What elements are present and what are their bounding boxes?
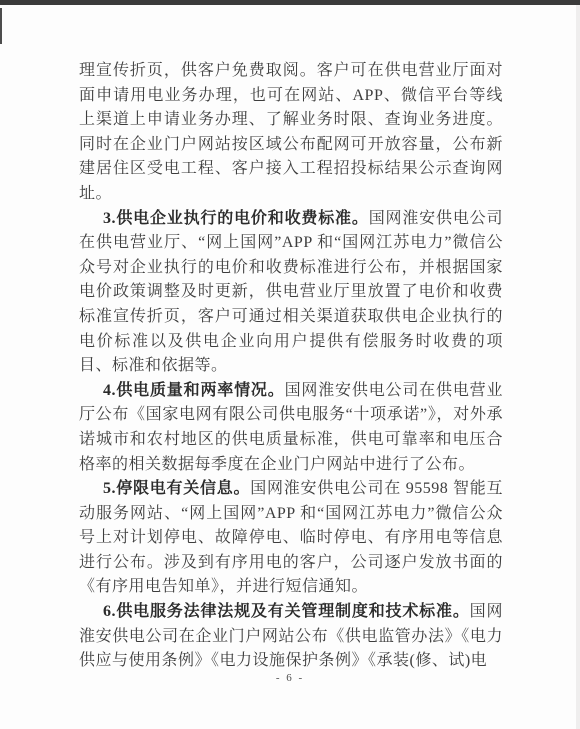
paragraph-item-5: 5.停限电有关信息。国网淮安供电公司在 95598 智能互动服务网站、“网上国网… (79, 477, 503, 600)
paragraph-lead: 3.供电企业执行的电价和收费标准。 (103, 210, 369, 227)
top-scan-edge (0, 0, 580, 5)
right-scan-edge (576, 5, 580, 729)
document-body: 理宣传折页，供客户免费取阅。客户可在供电营业厅面对面申请用电业务办理，也可在网站… (79, 59, 503, 674)
paragraph-item-4: 4.供电质量和两率情况。国网淮安供电公司在供电营业厅公布《国家电网有限公司供电服… (79, 379, 503, 477)
paragraph-item-6: 6.供电服务法律法规及有关管理制度和技术标准。国网淮安供电公司在企业门户网站公布… (79, 600, 503, 674)
paragraph-lead: 6.供电服务法律法规及有关管理制度和技术标准。 (103, 603, 470, 620)
paragraph-continued: 理宣传折页，供客户免费取阅。客户可在供电营业厅面对面申请用电业务办理，也可在网站… (79, 59, 503, 207)
left-scan-artifact (0, 8, 2, 44)
paragraph-text: 国网淮安供电公司在 95598 智能互动服务网站、“网上国网”APP 和“国网江… (79, 480, 503, 595)
paragraph-text: 理宣传折页，供客户免费取阅。客户可在供电营业厅面对面申请用电业务办理，也可在网站… (79, 62, 503, 202)
page-number: - 6 - (0, 672, 580, 684)
paragraph-text: 国网淮安供电公司在供电营业厅、“网上国网”APP 和“国网江苏电力”微信公众号对… (79, 210, 503, 375)
paragraph-lead: 5.停限电有关信息。 (103, 480, 250, 497)
paragraph-lead: 4.供电质量和两率情况。 (103, 382, 285, 399)
paragraph-item-3: 3.供电企业执行的电价和收费标准。国网淮安供电公司在供电营业厅、“网上国网”AP… (79, 207, 503, 379)
document-page: 理宣传折页，供客户免费取阅。客户可在供电营业厅面对面申请用电业务办理，也可在网站… (0, 0, 580, 729)
